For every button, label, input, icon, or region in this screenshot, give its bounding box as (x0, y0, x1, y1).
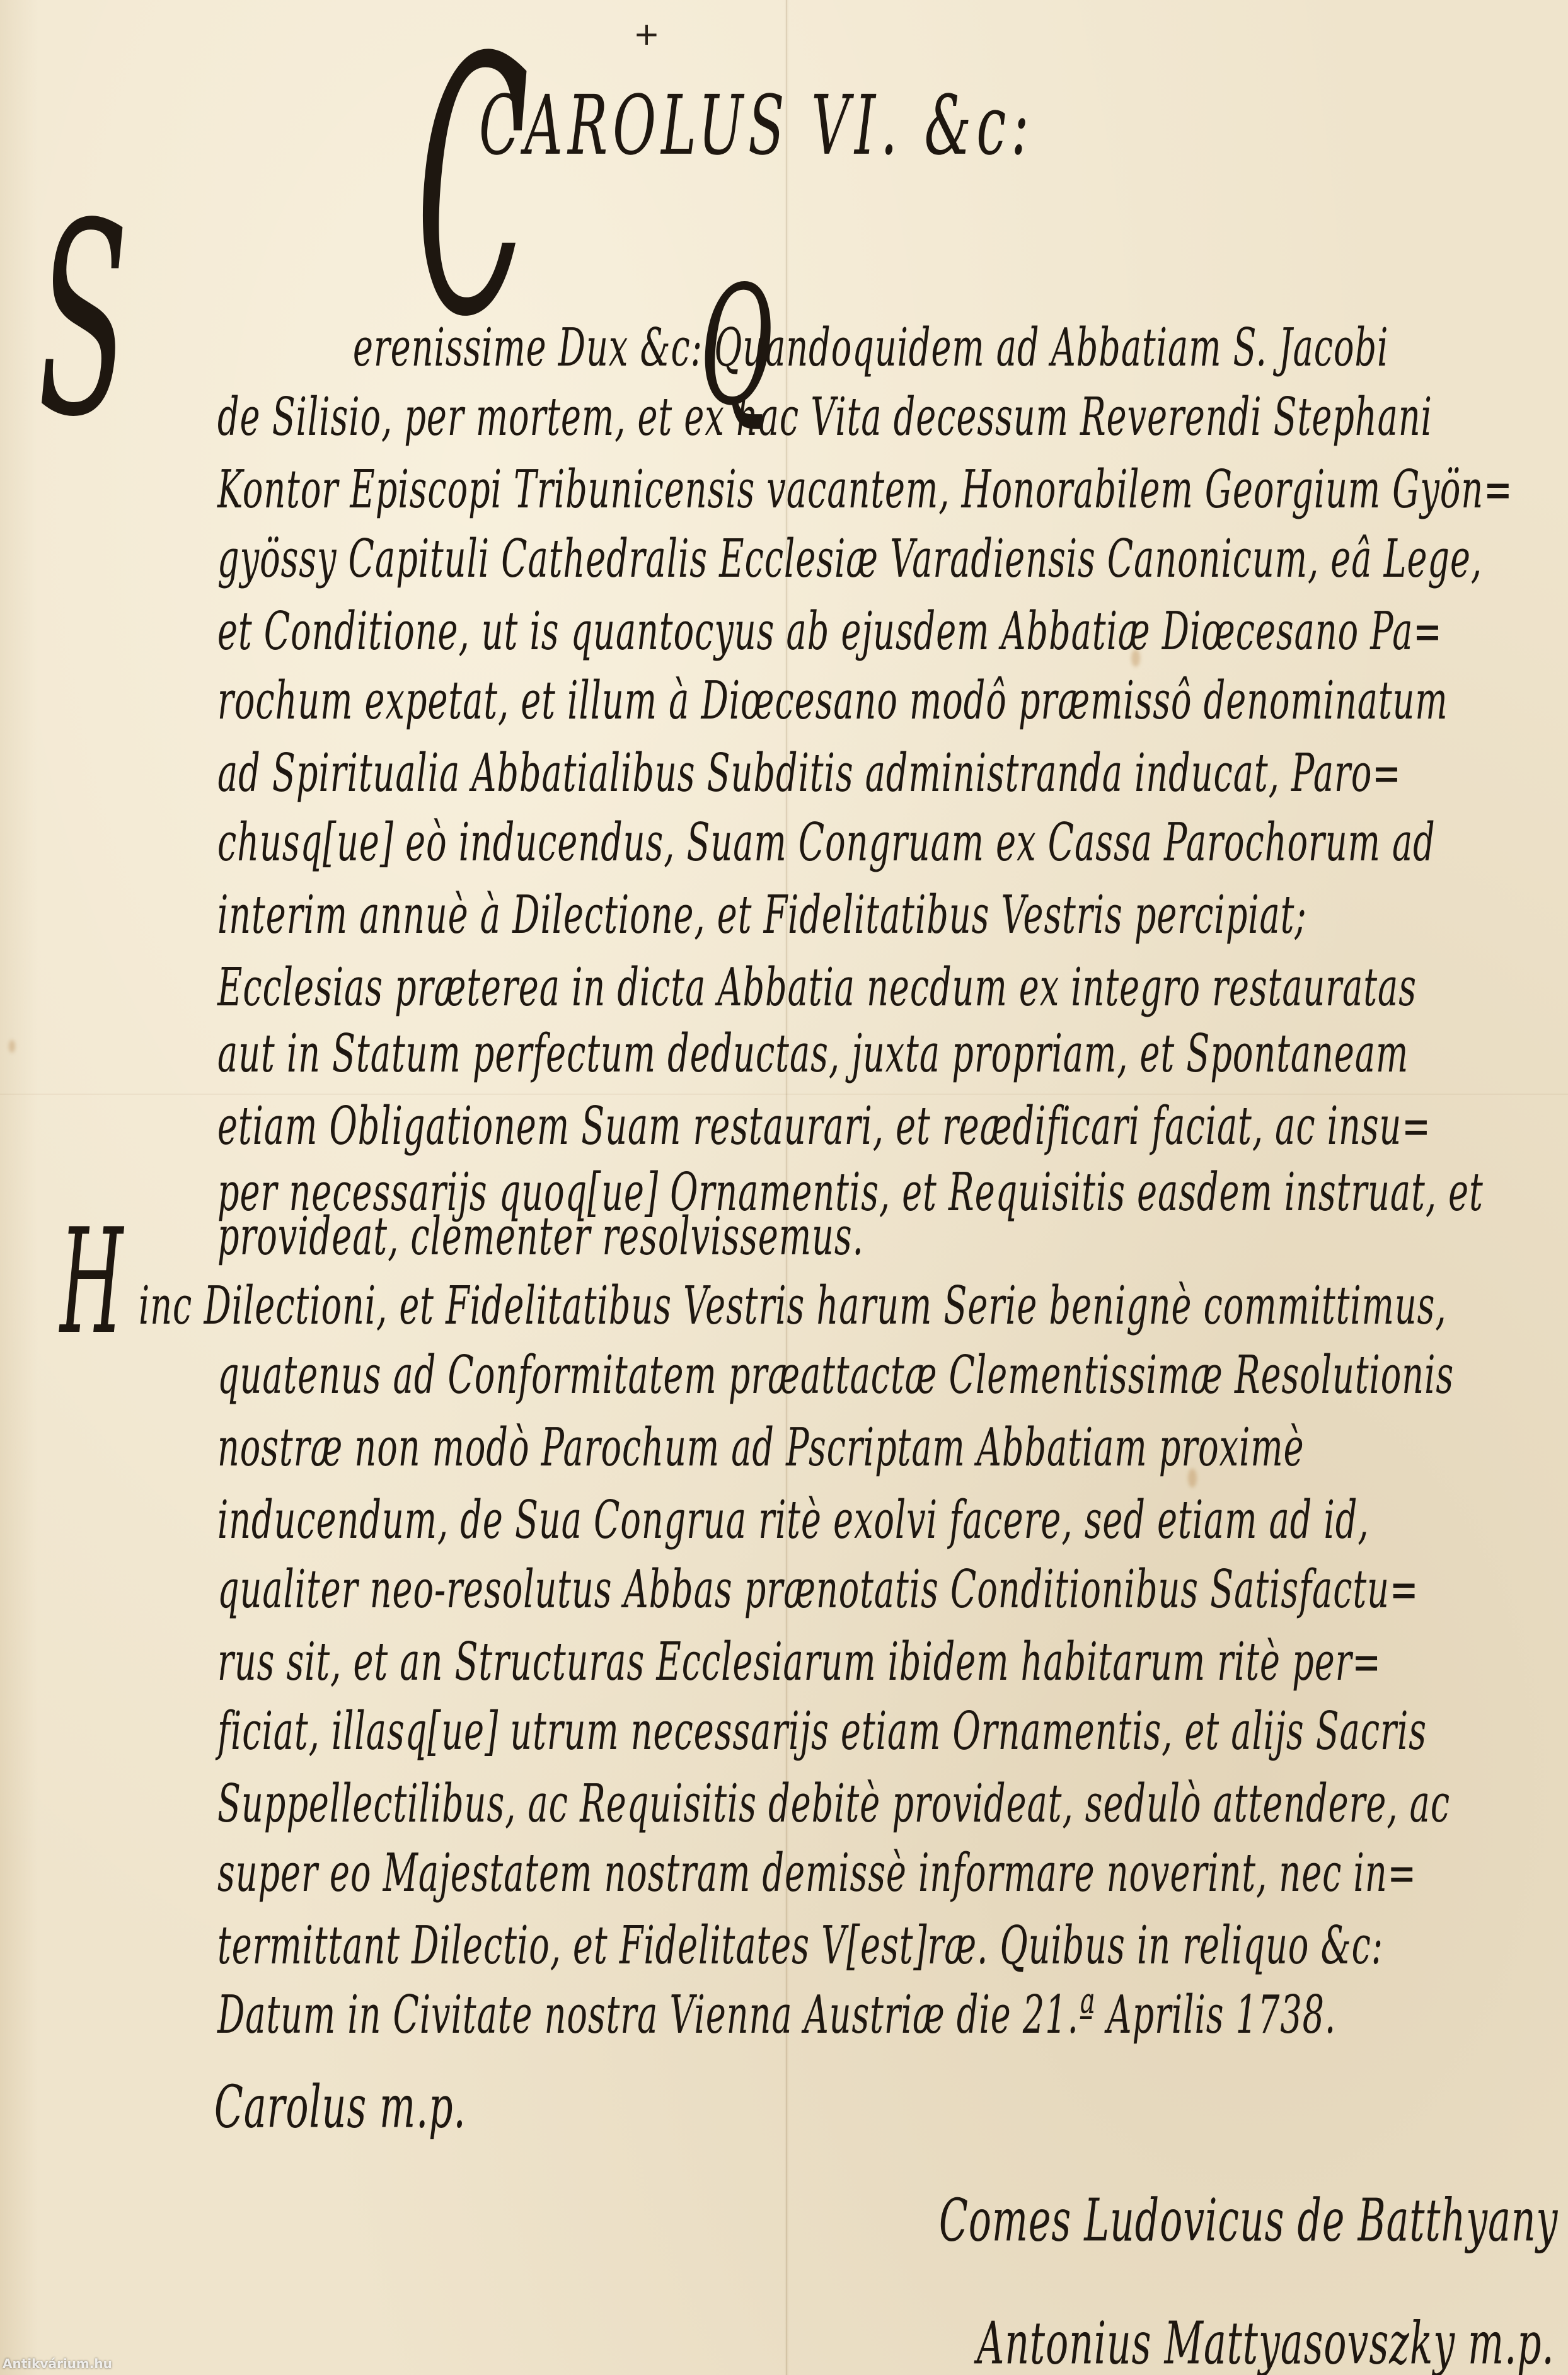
signature-batthyany: Comes Ludovicus de Batthyany m.p. (939, 2192, 1568, 2250)
text-line: qualiter neo-resolutus Abbas prænotatis … (217, 1563, 1419, 1616)
text-line: interim annuè à Dilectione, et Fidelitat… (217, 889, 1307, 942)
text-line: ficiat, illasq[ue] utrum necessarijs eti… (217, 1705, 1427, 1758)
text-line: erenissime Dux &c: Quandoquidem ad Abbat… (353, 321, 1388, 374)
document-heading: CAROLUS VI. &c: (479, 84, 1034, 166)
text-line: chusq[ue] eò inducendus, Suam Congruam e… (217, 816, 1436, 869)
text-line: ad Spiritualia Abbatialibus Subditis adm… (217, 747, 1402, 800)
text-line: inc Dilectioni, et Fidelitatibus Vestris… (139, 1280, 1447, 1332)
signature-mattyasovszky: Antonius Mattyasovszky m.p. (977, 2314, 1555, 2373)
text-line: rochum expetat, et illum à Diœcesano mod… (217, 674, 1448, 727)
text-line: quatenus ad Conformitatem præattactæ Cle… (217, 1349, 1454, 1402)
hinc-initial-h: H (60, 1210, 123, 1355)
text-line: super eo Majestatem nostram demissè info… (217, 1847, 1417, 1900)
text-line: gyössy Capituli Cathedralis Ecclesiæ Var… (217, 533, 1482, 586)
salutation-initial-s: S (38, 189, 129, 454)
text-line: de Silisio, per mortem, et ex hac Vita d… (217, 391, 1433, 444)
manuscript-page: + C CAROLUS VI. &c: S Q erenissime Dux &… (0, 0, 1568, 2375)
text-line: rus sit, et an Structuras Ecclesiarum ib… (217, 1636, 1381, 1689)
watermark: Antikvárium.hu (3, 2356, 112, 2371)
text-line: Kontor Episcopi Tribunicensis vacantem, … (217, 463, 1513, 516)
text-line: inducendum, de Sua Congrua ritè exolvi f… (217, 1494, 1369, 1547)
text-line: etiam Obligationem Suam restaurari, et r… (217, 1100, 1431, 1153)
heading-initial-c: C (416, 13, 529, 366)
text-line: Suppellectilibus, ac Requisitis debitè p… (217, 1777, 1450, 1830)
text-line: termittant Dilectio, et Fidelitates V[es… (217, 1919, 1383, 1972)
foxing-stain (9, 1040, 15, 1053)
date-line: Datum in Civitate nostra Vienna Austriæ … (217, 1989, 1336, 2042)
text-line: provideat, clementer resolvissemus. (217, 1210, 864, 1263)
text-line: aut in Statum perfectum deductas, juxta … (217, 1027, 1409, 1080)
text-line: nostræ non modò Parochum ad Pscriptam Ab… (217, 1421, 1305, 1474)
text-line: Ecclesias præterea in dicta Abbatia necd… (217, 961, 1417, 1014)
cross-mark: + (633, 16, 660, 52)
text-line: et Conditione, ut is quantocyus ab ejusd… (217, 605, 1443, 658)
signature-sovereign: Carolus m.p. (214, 2078, 466, 2137)
